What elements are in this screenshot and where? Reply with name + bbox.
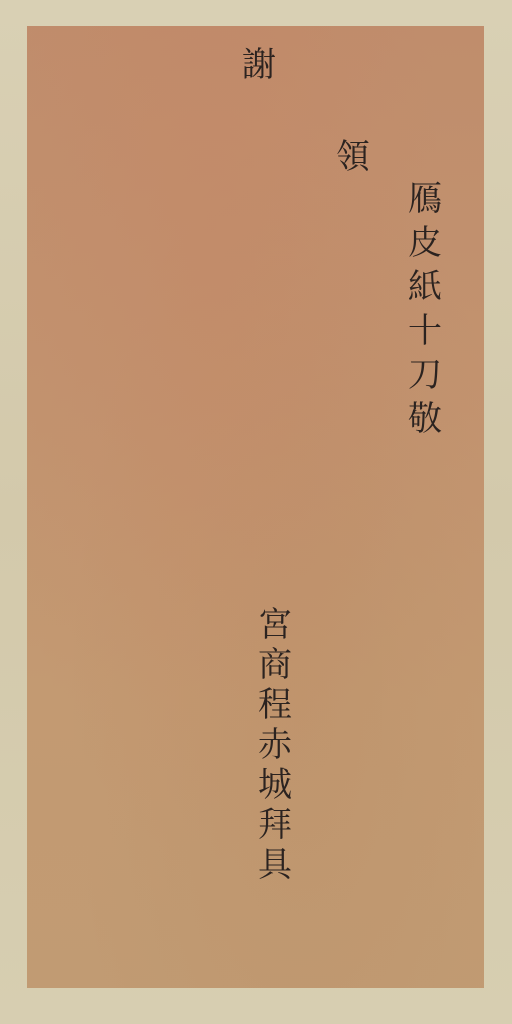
- character: 領: [336, 140, 370, 174]
- character: 鴈: [408, 182, 442, 216]
- character: 刀: [408, 358, 442, 392]
- character: 紙: [408, 270, 442, 304]
- character: 商: [258, 648, 292, 682]
- character: 程: [258, 688, 292, 722]
- character: 敬: [408, 402, 442, 436]
- character: 城: [258, 768, 292, 802]
- letter-paper: [27, 26, 484, 988]
- character: 宮: [258, 608, 292, 642]
- character: 十: [408, 314, 442, 348]
- text-column-2: 領: [336, 140, 370, 180]
- text-column-1: 謝: [242, 48, 276, 88]
- character: 具: [258, 848, 292, 882]
- character: 謝: [242, 48, 276, 82]
- character: 皮: [408, 226, 442, 260]
- signature-column: 宮 商 程 赤 城 拜 具: [258, 608, 292, 888]
- character: 赤: [258, 728, 292, 762]
- character: 拜: [258, 808, 292, 842]
- text-column-3: 鴈 皮 紙 十 刀 敬: [408, 182, 442, 446]
